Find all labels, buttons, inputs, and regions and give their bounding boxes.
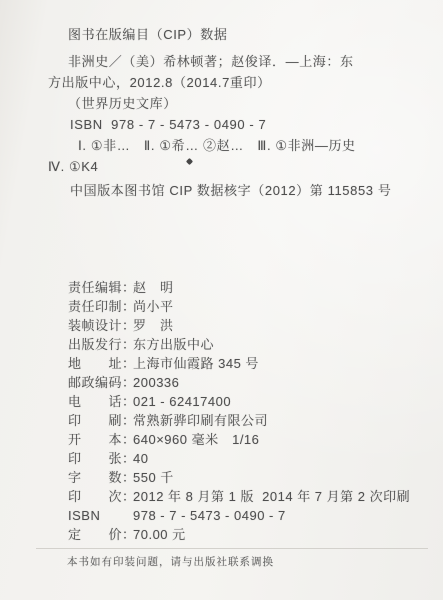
colophon-label: 电 话： (68, 392, 133, 411)
colophon-value: 罗 洪 (133, 316, 174, 335)
colophon-label: 开 本： (68, 430, 133, 449)
colophon-label: 责任印制： (68, 297, 133, 316)
colophon-row-designer: 装帧设计： 罗 洪 (68, 316, 428, 335)
colophon-value: 640×960 毫米 1/16 (133, 430, 259, 449)
colophon-label: 装帧设计： (68, 316, 133, 335)
cip-class-line-1: Ⅰ. ①非… Ⅱ. ①希… ②赵… Ⅲ. ①非洲—历史 (48, 135, 420, 156)
colophon-block: 责任编辑： 赵 明 责任印制： 尚小平 装帧设计： 罗 洪 出版发行： 东方出版… (68, 278, 428, 544)
cip-entry-line-2: 方出版中心，2012.8（2014.7重印） (48, 72, 420, 93)
colophon-row-price: 定 价： 70.00 元 (68, 525, 428, 544)
colophon-row-sheets: 印 张： 40 (68, 449, 428, 468)
colophon-label: 印 刷： (68, 411, 133, 430)
colophon-label: ISBN (68, 506, 133, 525)
colophon-value: 021 - 62417400 (133, 392, 231, 411)
colophon-value: 70.00 元 (133, 525, 186, 544)
footer-note: 本书如有印装问题，请与出版社联系调换 (67, 554, 274, 569)
colophon-row-isbn: ISBN 978 - 7 - 5473 - 0490 - 7 (68, 506, 428, 525)
colophon-row-format: 开 本： 640×960 毫米 1/16 (68, 430, 428, 449)
colophon-value: 赵 明 (133, 278, 174, 297)
colophon-value: 40 (133, 449, 148, 468)
colophon-label: 责任编辑： (68, 278, 133, 297)
cip-title: 图书在版编目（CIP）数据 (48, 24, 420, 45)
colophon-row-printer: 印 刷： 常熟新骅印刷有限公司 (68, 411, 428, 430)
colophon-value: 常熟新骅印刷有限公司 (133, 411, 268, 430)
colophon-row-address: 地 址： 上海市仙霞路 345 号 (68, 354, 428, 373)
cip-class-line-2: Ⅳ. ①K4 (48, 156, 420, 177)
colophon-label: 字 数： (68, 468, 133, 487)
cip-record-line: 中国版本图书馆 CIP 数据核字（2012）第 115853 号 (48, 180, 420, 201)
colophon-label: 地 址： (68, 354, 133, 373)
colophon-value: 东方出版中心 (133, 335, 214, 354)
colophon-row-postcode: 邮政编码： 200336 (68, 373, 428, 392)
cip-isbn-line: ISBN 978 - 7 - 5473 - 0490 - 7 (48, 114, 420, 135)
colophon-row-print-run: 印 次： 2012 年 8 月第 1 版 2014 年 7 月第 2 次印刷 (68, 487, 428, 506)
colophon-value: 上海市仙霞路 345 号 (133, 354, 259, 373)
cip-block: 图书在版编目（CIP）数据 非洲史／（美）希林顿著；赵俊译．—上海：东 方出版中… (48, 24, 420, 201)
colophon-row-word-count: 字 数： 550 千 (68, 468, 428, 487)
colophon-value: 尚小平 (133, 297, 174, 316)
colophon-label: 定 价： (68, 525, 133, 544)
colophon-value: 2012 年 8 月第 1 版 2014 年 7 月第 2 次印刷 (133, 487, 410, 506)
colophon-label: 邮政编码： (68, 373, 133, 392)
colophon-row-phone: 电 话： 021 - 62417400 (68, 392, 428, 411)
colophon-row-print-supervisor: 责任印制： 尚小平 (68, 297, 428, 316)
colophon-label: 印 次： (68, 487, 133, 506)
copyright-page: 图书在版编目（CIP）数据 非洲史／（美）希林顿著；赵俊译．—上海：东 方出版中… (0, 0, 443, 600)
colophon-value: 550 千 (133, 468, 174, 487)
footer-divider (36, 548, 428, 549)
colophon-row-publisher: 出版发行： 东方出版中心 (68, 335, 428, 354)
colophon-label: 印 张： (68, 449, 133, 468)
cip-series-line: （世界历史文库） (48, 93, 420, 114)
colophon-row-editor: 责任编辑： 赵 明 (68, 278, 428, 297)
colophon-value: 200336 (133, 373, 179, 392)
cip-entry-line-1: 非洲史／（美）希林顿著；赵俊译．—上海：东 (48, 51, 420, 72)
colophon-value: 978 - 7 - 5473 - 0490 - 7 (133, 506, 286, 525)
colophon-label: 出版发行： (68, 335, 133, 354)
